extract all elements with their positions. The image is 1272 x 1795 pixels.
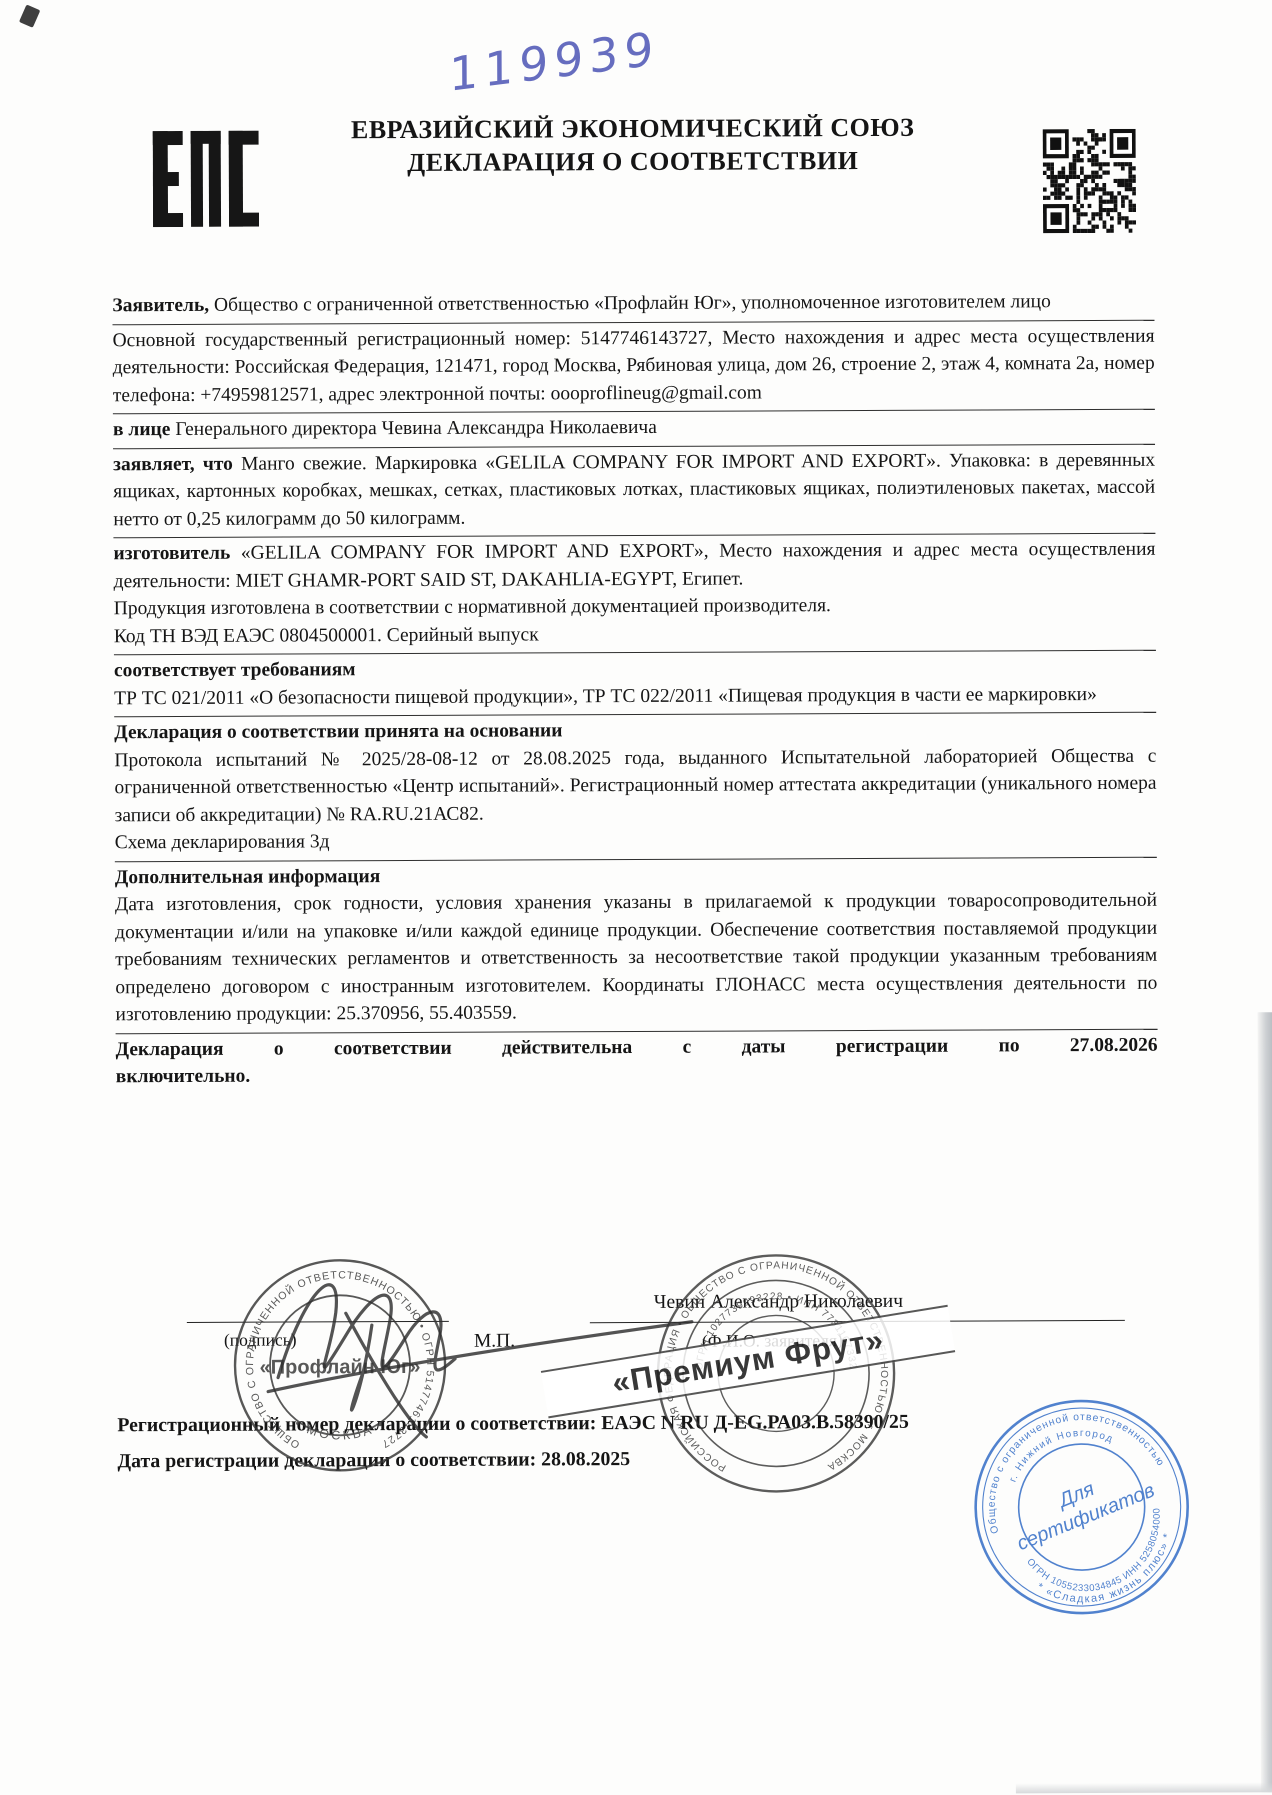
in-person-text: Генерального директора Чевина Александра… [175,417,657,440]
scan-edge-shadow [1258,1012,1272,1792]
handwritten-number: 119939 [449,21,659,102]
section-declares: заявляет, что Манго свежие. Маркировка «… [113,444,1155,538]
blue-stamp-center-line1: Для [1054,1478,1098,1513]
validity-line2: включительно. [116,1059,1158,1091]
section-applicant: Заявитель, Общество с ограниченной ответ… [112,286,1154,325]
scan-artifact [19,4,40,27]
scheme-text: Схема декларирования 3д [115,825,1157,857]
signature-scribble [249,1216,710,1448]
section-basis: Декларация о соответствии принята на осн… [114,713,1157,862]
declares-label: заявляет, что [113,453,241,475]
manufacturer-text: «GELILA COMPANY FOR IMPORT AND EXPORT», … [114,539,1156,592]
declares-text: Манго свежие. Маркировка «GELILA COMPANY… [113,449,1155,530]
section-ogrn: Основной государственный регистрационный… [112,320,1154,414]
registration-date-line: Дата регистрации декларации о соответств… [117,1446,1167,1474]
document-body: Заявитель, Общество с ограниченной ответ… [112,286,1158,1095]
additional-text: Дата изготовления, срок годности, услови… [115,887,1158,1029]
svg-text:* «Сладкая жизнь плюс» *: * «Сладкая жизнь плюс» * [1032,1528,1189,1627]
registration-date-label: Дата регистрации декларации о соответств… [117,1448,541,1472]
validity-line1: Декларация о соответствии действительна … [116,1031,1158,1063]
basis-text: Протокола испытаний № 2025/28-08-12 от 2… [114,742,1156,829]
section-additional-info: Дополнительная информация Дата изготовле… [115,857,1158,1034]
blue-stamp-outer-bottom-text: * «Сладкая жизнь плюс» * [1032,1528,1189,1627]
qr-code [1043,129,1136,233]
section-validity: Декларация о соответствии действительна … [116,1029,1158,1095]
blue-stamp-center-line2: сертификатов [1014,1479,1158,1555]
applicant-label: Заявитель, [112,295,214,316]
applicant-text: Общество с ограниченной ответственностью… [214,291,1051,316]
manufacturer-label: изготовитель [113,543,240,565]
tn-ved-code: Код ТН ВЭД ЕАЭС 0804500001. Серийный вып… [114,618,1156,650]
complies-text: ТР ТС 021/2011 «О безопасности пищевой п… [114,680,1156,712]
declaration-document-page: 119939 ЕВРАЗИЙСКИЙ ЭКОНОМИЧЕСКИЙ СОЮЗ ДЕ… [0,0,1272,1795]
svg-text:ОГРН 1055233034845 ИНН 52580: ОГРН 1055233034845 ИНН 5258054000 [1023,1504,1184,1617]
section-complies: соответствует требованиям ТР ТС 021/2011… [114,651,1156,718]
section-manufacturer: изготовитель «GELILA COMPANY FOR IMPORT … [113,534,1156,656]
scan-bottom-shadow [1016,1782,1272,1793]
section-in-person: в лице Генерального директора Чевина Але… [113,410,1155,449]
registration-date-value: 28.08.2025 [541,1448,630,1470]
in-person-label: в лице [113,419,175,440]
ogrn-text: Основной государственный регистрационный… [113,322,1155,409]
blue-stamp-inner-bottom-text: ОГРН 1055233034845 ИНН 5258054000 [1023,1504,1184,1617]
